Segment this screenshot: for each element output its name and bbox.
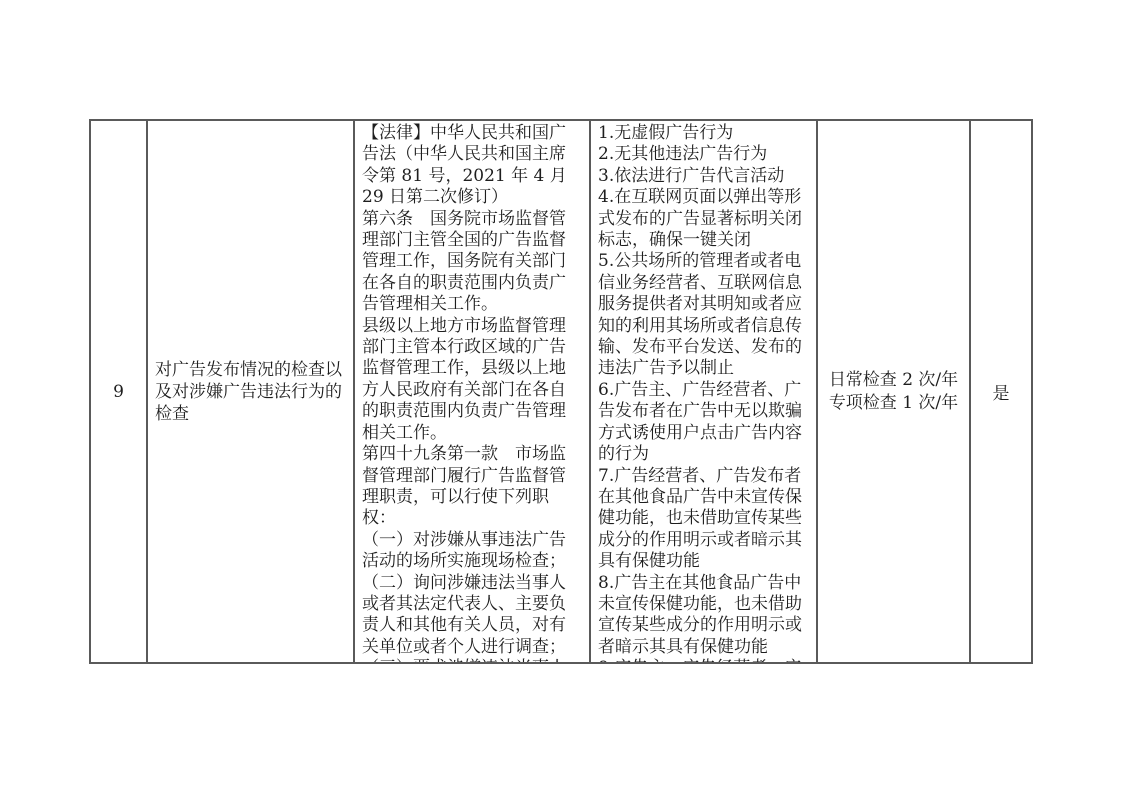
legal-basis-paragraph: （一）对涉嫌从事违法广告活动的场所实施现场检查；（二）询问涉嫌违法当事人或者其法… [362, 530, 582, 662]
inspection-item-cell: 对广告发布情况的检查以及对涉嫌广告违法行为的检查 [148, 121, 355, 662]
supervision-checklist-table: 9 对广告发布情况的检查以及对涉嫌广告违法行为的检查 【法律】中华人民共和国广告… [89, 119, 1033, 664]
row-number: 9 [113, 382, 124, 402]
legal-basis-paragraph: 县级以上地方市场监督管理部门主管本行政区域的广告监督管理工作，县级以上地方人民政… [362, 316, 582, 444]
legal-basis-paragraph: 第四十九条第一款 市场监督管理部门履行广告监督管理职责，可以行使下列职权： [362, 444, 582, 530]
legal-basis-paragraph: 【法律】中华人民共和国广告法（中华人民共和国主席令第 81 号，2021 年 4… [362, 123, 582, 209]
frequency-line: 专项检查 1 次/年 [829, 392, 958, 415]
check-point: 8.广告主在其他食品广告中未宣传保健功能，也未借助宣传某些成分的作用明示或者暗示… [598, 573, 809, 659]
inspection-item-text: 对广告发布情况的检查以及对涉嫌广告违法行为的检查 [155, 359, 346, 425]
check-point: 3.依法进行广告代言活动 [598, 166, 809, 187]
check-point: 4.在互联网页面以弹出等形式发布的广告显著标明关闭标志，确保一键关闭 [598, 187, 809, 251]
legal-basis-paragraph: 第六条 国务院市场监督管理部门主管全国的广告监督管理工作，国务院有关部门在各自的… [362, 209, 582, 316]
check-point: 1.无虚假广告行为 [598, 123, 809, 144]
check-point: 2.无其他违法广告行为 [598, 144, 809, 165]
check-point: 5.公共场所的管理者或者电信业务经营者、互联网信息服务提供者对其明知或者应知的利… [598, 251, 809, 379]
row-number-cell: 9 [91, 121, 148, 662]
frequency-cell: 日常检查 2 次/年 专项检查 1 次/年 [818, 121, 971, 662]
legal-basis-cell: 【法律】中华人民共和国广告法（中华人民共和国主席令第 81 号，2021 年 4… [355, 121, 591, 662]
check-content-cell: 1.无虚假广告行为 2.无其他违法广告行为 3.依法进行广告代言活动 4.在互联… [591, 121, 818, 662]
check-point: 9.广告主、广告经营者、广告 [598, 658, 809, 662]
approval-flag: 是 [993, 379, 1010, 404]
check-point: 7.广告经营者、广告发布者在其他食品广告中未宣传保健功能，也未借助宣传某些成分的… [598, 466, 809, 573]
frequency-line: 日常检查 2 次/年 [829, 369, 958, 392]
document-page: 9 对广告发布情况的检查以及对涉嫌广告违法行为的检查 【法律】中华人民共和国广告… [0, 0, 1122, 793]
approval-flag-cell: 是 [971, 121, 1031, 662]
check-point: 6.广告主、广告经营者、广告发布者在广告中无以欺骗方式诱使用户点击广告内容的行为 [598, 380, 809, 466]
